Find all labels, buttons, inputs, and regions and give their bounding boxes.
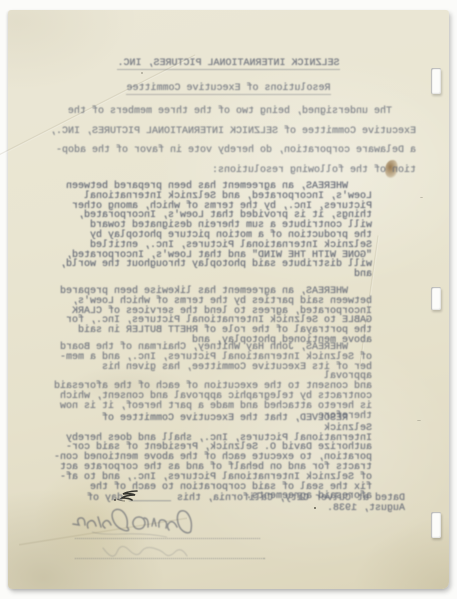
scanned-page-background: { "page": { "kind": "scanned typed docum… <box>0 0 457 599</box>
whereas-paragraph-1: WHEREAS, an agreement has been prepared … <box>54 182 372 280</box>
doc-subtitle: Resolutions of Executive Committee <box>8 77 449 95</box>
mirrored-bleedthrough-layer: SELZNICK INTERNATIONAL PICTURES, INC. Re… <box>8 10 449 589</box>
company-title: SELZNICK INTERNATIONAL PICTURES, INC. <box>8 52 449 70</box>
paper-sheet: SELZNICK INTERNATIONAL PICTURES, INC. Re… <box>8 10 449 589</box>
handwritten-signature-ink <box>69 497 197 542</box>
resolved-paragraph: RESOLVED, that the Executive Committee o… <box>52 414 372 502</box>
whereas-paragraph-3: WHEREAS, John Hay Whitney, Chairman of t… <box>52 343 372 421</box>
whereas-paragraph-2: WHEREAS, an agreement has likewise been … <box>54 287 372 346</box>
company-title-text: SELZNICK INTERNATIONAL PICTURES, INC. <box>117 58 339 70</box>
intro-paragraph: The undersigned, being two of the three … <box>40 102 416 180</box>
doc-subtitle-text: Resolutions of Executive Committee <box>126 83 330 95</box>
faint-signature-ghost <box>96 542 191 562</box>
